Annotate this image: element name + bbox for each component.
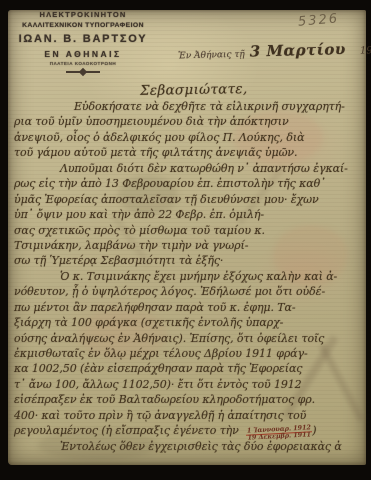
handwritten-line: ούσης ἀναλήψεως ἐν Ἀθήναις). Ἐπίσης, ὅτι… [14,331,366,346]
handwritten-line: ρια τοῦ ὑμῖν ὑποσημειουμένου διὰ τὴν ἀπό… [14,114,366,129]
dateline-handwritten-date: 3 Μαρτίου [250,40,346,61]
dateline-printed-place: Ἐν Ἀθήναις τῇ [178,50,245,62]
letterhead: ΗΛΕΚΤΡΟΚΙΝΗΤΟΝ ΚΑΛΛΙΤΕΧΝΙΚΟΝ ΤΥΠΟΓΡΑΦΕΙΟ… [14,10,152,73]
letterhead-ornament [66,71,100,73]
handwritten-line: Λυποῦμαι διότι δὲν κατωρθώθη ν᾽ ἀπαντήσω… [14,161,366,176]
handwritten-line: ὑμᾶς Ἐφορείας ἀποσταλεῖσαν τῇ διευθύνσει… [14,192,366,207]
handwritten-line: τ᾽ ἄνω 100, ἄλλως 1102,50)· ἔτι ὅτι ἐντὸ… [14,377,366,392]
handwritten-line-prefix: ρεγουλαμέντος (ἡ εἴσπραξις ἐγένετο τὴν [14,424,239,437]
handwritten-line: Τσιμινάκην, λαμβάνω τὴν τιμὴν νὰ γνωρί- [14,238,366,253]
handwritten-line: 400· καὶ τοῦτο πρὶν ἢ τῷ ἀναγγελθῇ ἡ ἀπα… [14,408,366,423]
letterhead-city: ΕΝ ΑΘΗΝΑΙΣ [14,49,152,59]
handwritten-line: Ὁ κ. Τσιμινάκης ἔχει μνήμην ἐξόχως καλὴν… [14,269,366,284]
letterhead-line-1: ΗΛΕΚΤΡΟΚΙΝΗΤΟΝ [14,10,152,19]
handwritten-line: Ἐντολέως ὅθεν ἐγχειρισθεὶς τὰς δύο ἐφορε… [14,439,366,454]
handwritten-line: κα 1002,50 (ἐὰν εἰσεπράχθησαν παρὰ τῆς Ἐ… [14,361,366,376]
salutation: Σεβασμιώτατε, [140,81,248,99]
handwritten-line: ἀνεψιοῦ, οἷος ὁ ἀδελφικός μου φίλος Π. Λ… [14,130,366,145]
handwritten-line: σω τῇ Ὑμετέρᾳ Σεβασμιότητι τὰ ἑξῆς· [14,253,366,268]
letterhead-line-2: ΚΑΛΛΙΤΕΧΝΙΚΟΝ ΤΥΠΟΓΡΑΦΕΙΟΝ [14,22,152,29]
handwritten-line: σας σχετικῶς πρὸς τὸ μίσθωμα τοῦ ταμίου … [14,223,366,238]
letterhead-address: ΠΛΑΤΕΙΑ ΚΟΛΟΚΟΤΡΩΝΗ [14,61,152,66]
handwritten-line: ὑπ᾽ ὄψιν μου καὶ τὴν ἀπὸ 22 Φεβρ. ἐπ. ὁμ… [14,207,366,222]
dateline-printed-year: 191 [360,45,371,56]
scanned-letter-page: ΗΛΕΚΤΡΟΚΙΝΗΤΟΝ ΚΑΛΛΙΤΕΧΝΙΚΟΝ ΤΥΠΟΓΡΑΦΕΙΟ… [0,0,371,480]
handwritten-line: νόθευτον, ᾗ ὁ ὑψηλότερος λόγος. Ἐδήλωσέ … [14,284,366,299]
handwritten-line: ἐκμισθωταῖς ἐν ὅλῳ μέχρι τέλους Δβρίου 1… [14,346,366,361]
handwritten-line-with-red-dates: ρεγουλαμέντος (ἡ εἴσπραξις ἐγένετο τὴν 1… [14,423,366,438]
closing-paren: ) [312,424,316,437]
handwritten-line: εἰσέπραξεν ἐκ τοῦ Βαλταδωρείου κληροδοτή… [14,392,366,407]
handwritten-line: ξιάρχη τὰ 100 φράγκα (σχετικῆς ἐντολῆς ὑ… [14,315,366,330]
handwritten-line: Εὐδοκήσατε νὰ δεχθῆτε τὰ εἰλικρινῆ συγχα… [14,99,366,114]
handwritten-line: πω μέντοι ἂν παρελήφθησαν παρὰ τοῦ κ. ἐφ… [14,300,366,315]
letterhead-printer-name: ΙΩΑΝ. Β. ΒΑΡΤΣΟΥ [14,33,152,45]
handwritten-line: τοῦ γάμου αὐτοῦ μετὰ τῆς φιλτάτης ἀνεψιᾶ… [14,145,366,160]
handwritten-line: ρως εἰς τὴν ἀπὸ 13 Φεβρουαρίου ἐπ. ἐπιστ… [14,176,366,191]
letter-body: Εὐδοκήσατε νὰ δεχθῆτε τὰ εἰλικρινῆ συγχα… [14,99,366,454]
